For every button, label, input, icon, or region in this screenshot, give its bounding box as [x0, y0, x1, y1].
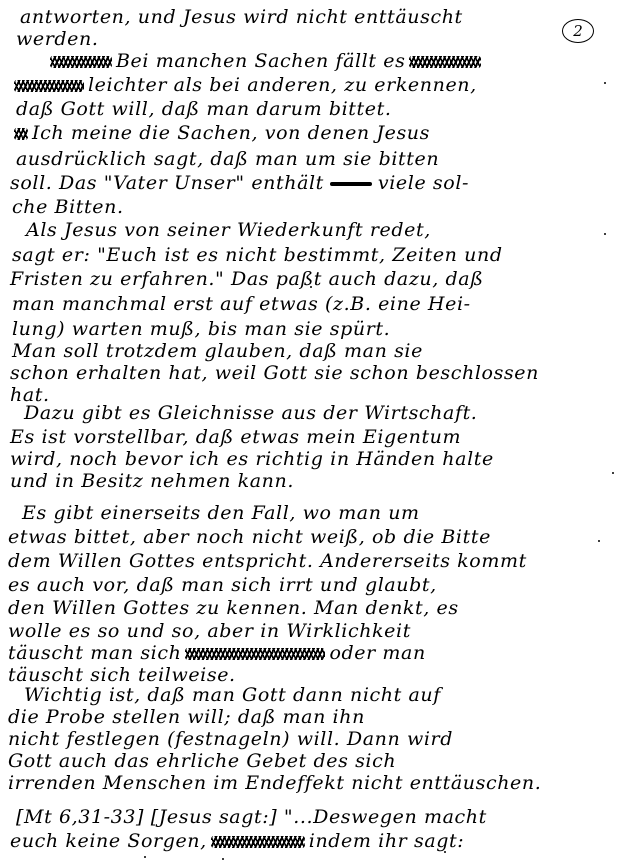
scan-speck: [310, 286, 312, 288]
text-line: daß Gott will, daß man darum bittet.: [16, 98, 391, 120]
text-line: Fristen zu erfahren." Das paßt auch dazu…: [10, 268, 484, 290]
text-line: euch keine Sorgen,indem ihr sagt:: [10, 830, 464, 852]
text-line: nicht festlegen (festnageln) will. Dann …: [8, 728, 453, 750]
scan-speck: [612, 472, 614, 474]
text-line: es auch vor, daß man sich irrt und glaub…: [8, 574, 437, 596]
text-line: che Bitten.: [12, 196, 124, 218]
crossed-out-word: [211, 836, 305, 848]
text-line: den Willen Gottes zu kennen. Man denkt, …: [8, 597, 459, 619]
crossed-out-word: [14, 128, 28, 140]
scan-speck: [444, 851, 446, 853]
text-line: Bei manchen Sachen fällt es: [46, 50, 485, 72]
text-line: Es gibt einerseits den Fall, wo man um: [22, 502, 420, 524]
scan-speck: [604, 82, 606, 84]
crossed-out-word: [409, 56, 481, 68]
text-line: Man soll trotzdem glauben, daß man sie: [12, 340, 423, 362]
crossed-out-word: [50, 56, 112, 68]
text-line: schon erhalten hat, weil Gott sie schon …: [10, 362, 539, 384]
text-line: dem Willen Gottes entspricht. Anderersei…: [8, 550, 527, 572]
scan-speck: [598, 540, 600, 542]
text-line: soll. Das "Vater Unser" enthältviele sol…: [10, 172, 469, 194]
page-number-circle: 2: [562, 19, 594, 43]
text-line: irrenden Menschen im Endeffekt nicht ent…: [8, 772, 541, 794]
text-line: die Probe stellen will; daß man ihn: [8, 706, 365, 728]
text-line: täuscht man sichoder man: [8, 642, 426, 664]
text-line: lung) warten muß, bis man sie spürt.: [12, 318, 390, 340]
scan-speck: [144, 856, 146, 858]
text-line: täuscht sich teilweise.: [8, 664, 236, 686]
text-line: man manchmal erst auf etwas (z.B. eine H…: [12, 293, 471, 315]
text-line: Als Jesus von seiner Wiederkunft redet,: [26, 219, 431, 241]
text-line: Dazu gibt es Gleichnisse aus der Wirtsch…: [24, 402, 477, 424]
text-line: Es ist vorstellbar, daß etwas mein Eigen…: [10, 426, 461, 448]
text-line: leichter als bei anderen, zu erkennen,: [14, 74, 477, 96]
struck-through-word: [330, 182, 372, 186]
text-line: wird, noch bevor ich es richtig in Hände…: [10, 448, 494, 470]
text-line: ausdrücklich sagt, daß man um sie bitten: [16, 148, 439, 170]
crossed-out-word: [14, 80, 84, 92]
text-line: und in Besitz nehmen kann.: [10, 470, 294, 492]
scan-speck: [222, 858, 224, 860]
text-line: sagt er: "Euch ist es nicht bestimmt, Ze…: [12, 244, 503, 266]
text-line: [Mt 6,31-33] [Jesus sagt:] "...Deswegen …: [16, 806, 487, 828]
text-line: wolle es so und so, aber in Wirklichkeit: [8, 620, 411, 642]
text-line: etwas bittet, aber noch nicht weiß, ob d…: [8, 526, 491, 548]
text-line: Ich meine die Sachen, von denen Jesus: [14, 122, 430, 144]
scanned-handwritten-page: 2 antworten, und Jesus wird nicht enttäu…: [0, 0, 624, 863]
text-line: Gott auch das ehrliche Gebet des sich: [8, 750, 396, 772]
text-line: werden.: [16, 28, 98, 50]
scan-speck: [604, 233, 606, 235]
text-line: Wichtig ist, daß man Gott dann nicht auf: [24, 684, 441, 706]
text-line: antworten, und Jesus wird nicht enttäusc…: [20, 6, 463, 28]
crossed-out-word: [185, 648, 325, 660]
